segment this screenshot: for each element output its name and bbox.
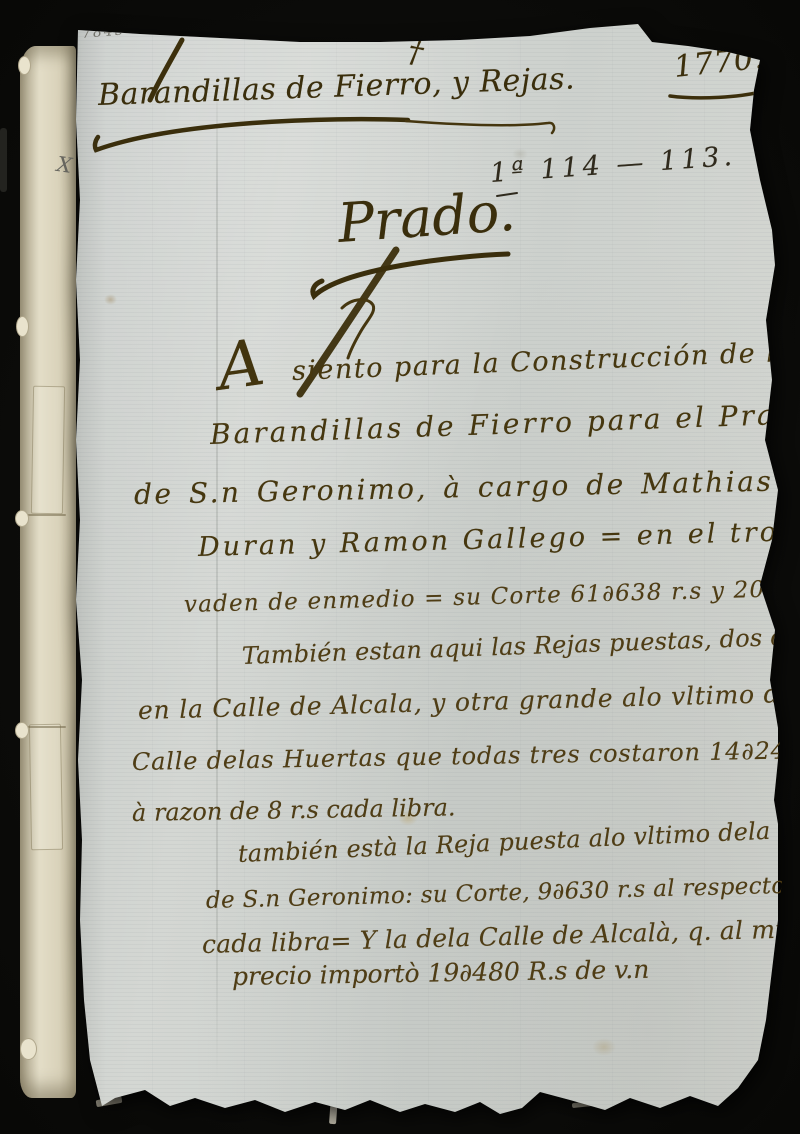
- body-line: en la Calle de Alcala, y otra grande alo…: [138, 678, 800, 725]
- binding-stitch: [15, 722, 29, 739]
- body-line: También estan aqui las Rejas puestas, do…: [242, 621, 800, 670]
- section-title: Prado.: [336, 180, 518, 255]
- binding-stitch: [20, 1038, 37, 1060]
- binding-tacket: [29, 724, 63, 851]
- stain: [104, 294, 117, 305]
- binding-stitch: [15, 510, 29, 527]
- binding-tacket: [31, 386, 65, 515]
- document-title: Barandillas de Fierro, y Rejas.: [97, 61, 575, 113]
- drop-cap: A: [213, 326, 269, 406]
- archive-number: 7845: [81, 22, 126, 42]
- stain: [592, 1038, 616, 1056]
- body-line: Barandillas de Fierro para el Prado: [209, 397, 800, 451]
- year-label: 1770.: [672, 41, 766, 85]
- binding-stitch: [18, 56, 31, 75]
- manuscript-page: 7845 † 1770. Barandillas de Fierro, y Re…: [60, 20, 778, 1118]
- body-line: precio importò 19∂480 R.s de v.n: [232, 955, 650, 991]
- folio-reference: 1ª 114 — 113.: [489, 141, 737, 189]
- body-line: siento para la Construcción de las: [291, 336, 800, 387]
- book-binding: [20, 46, 76, 1098]
- binding-stitch: [16, 316, 29, 337]
- body-line: de S.n Geronimo, à cargo de Mathias: [134, 465, 774, 511]
- body-line: vaden de enmedio = su Corte 61∂638 r.s y…: [184, 574, 800, 618]
- body-line: à razon de 8 r.s cada libra.: [132, 793, 456, 827]
- fold-crease: [216, 70, 218, 1080]
- body-line: cada libra= Y la dela Calle de Alcalà, q…: [202, 913, 800, 959]
- body-line: Calle delas Huertas que todas tres costa…: [132, 735, 800, 776]
- page-edge-sliver: [0, 128, 7, 192]
- scanned-manuscript: 7845 † 1770. Barandillas de Fierro, y Re…: [0, 0, 800, 1134]
- body-line: de S.n Geronimo: su Corte, 9∂630 r.s al …: [206, 870, 800, 914]
- body-line: Duran y Ramon Gallego = en el trozo de: [198, 515, 800, 563]
